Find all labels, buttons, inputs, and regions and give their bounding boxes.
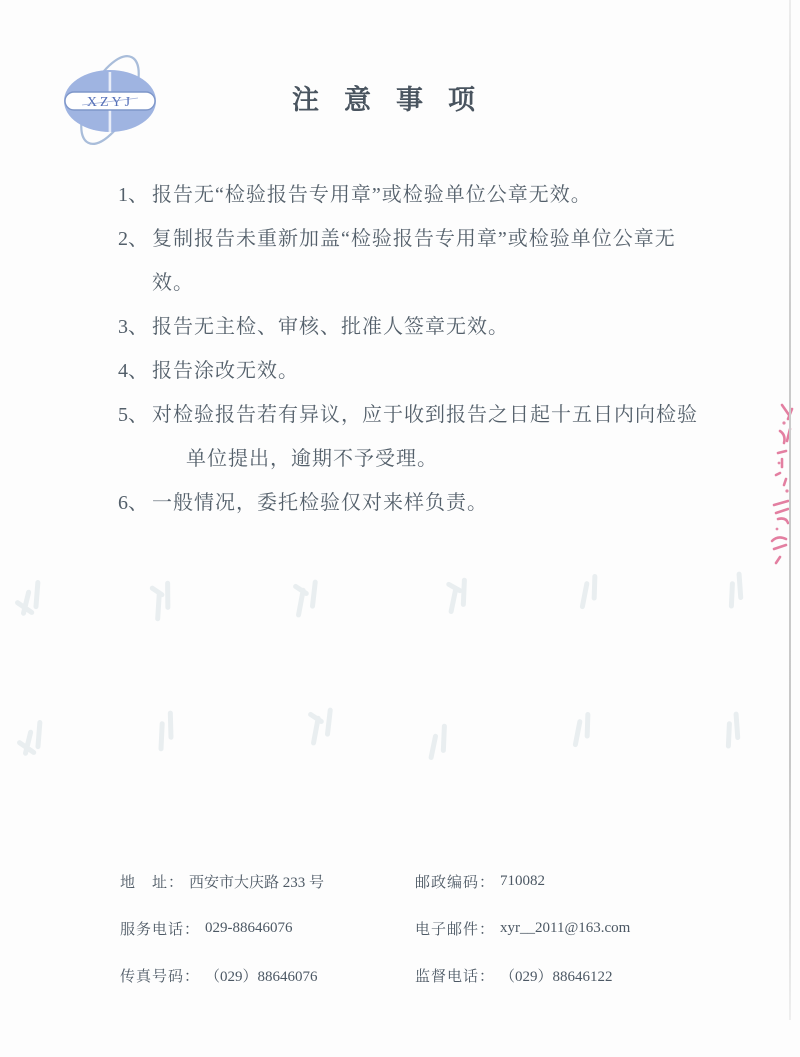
watermark-mark [422,726,453,757]
notice-item-5: 5、 对检验报告若有异议，应于收到报告之日起十五日内向检验 [118,390,704,434]
footer-right-column: 邮政编码： 710082 电子邮件： xyr__2011@163.com 监督电… [415,858,735,999]
notice-item-text: 一般情况，委托检验仅对来样负责。 [152,486,488,515]
footer-email: 电子邮件： xyr__2011@163.com [415,905,735,952]
watermark-mark [441,578,473,611]
notice-item-number: 6、 [118,486,152,515]
notice-item-text: 报告无主检、审核、批准人签章无效。 [152,310,509,339]
notice-item-number: 4、 [118,354,152,383]
footer-fax-number: 传真号码： （029）88646076 [120,952,410,999]
stamp-stroke [776,557,780,563]
footer-label: 服务电话： [120,918,200,939]
logo-text: XZYJ [87,95,133,110]
watermark-mark [15,722,48,755]
stamp-stroke [774,501,788,505]
page-edge-line [789,0,791,1020]
watermark-mark [574,576,603,606]
stamp-stroke [776,509,788,513]
notice-item-text: 单位提出，逾期不予受理。 [186,442,438,471]
watermark-mark [305,708,338,743]
notice-item-text: 对检验报告若有异议，应于收到报告之日起十五日内向检验 [152,398,698,427]
notice-item-number: 3、 [118,310,152,339]
notice-item-text: 报告涂改无效。 [152,354,299,383]
stamp-stroke [778,519,788,524]
notice-item-5-continuation: 单位提出，逾期不予受理。 [118,434,704,478]
footer-value: 029-88646076 [205,920,293,937]
footer-label: 监督电话： [415,965,495,986]
footer-value: 710082 [500,873,545,890]
watermark-mark [149,713,183,749]
notice-item-number: 2、 [118,222,152,251]
notice-item-4: 4、 报告涂改无效。 [118,346,704,390]
page-title: 注意事项 [292,78,500,117]
notice-item-1: 1、 报告无“检验报告专用章”或检验单位公章无效。 [118,170,704,214]
footer-label: 电子邮件： [415,918,495,939]
footer-service-phone: 服务电话： 029-88646076 [120,905,410,952]
stamp-stroke [778,451,786,453]
watermark-mark [145,581,179,618]
stamp-stroke [780,431,785,443]
xzyj-logo: XZYJ [58,48,164,152]
footer-value: （029）88646122 [500,965,613,986]
watermark-mark [567,714,596,744]
stamp-stroke [774,545,786,549]
notice-item-number: 1、 [118,178,152,207]
stamp-stroke [776,473,780,475]
footer-address: 地 址： 西安市大庆路 233 号 [120,858,410,905]
stamp-stroke [784,479,786,485]
footer-value: 西安市大庆路 233 号 [189,871,324,892]
watermark-mark [290,580,323,615]
footer-postal-code: 邮政编码： 710082 [415,858,735,905]
stamp-dot [776,528,779,531]
notice-item-text: 效。 [152,266,194,295]
watermark-mark [13,582,46,615]
stamp-stroke [772,537,786,541]
footer-value: xyr__2011@163.com [500,920,630,937]
footer-label: 传真号码： [120,965,200,986]
notice-item-6: 6、 一般情况，委托检验仅对来样负责。 [118,478,704,522]
notice-list: 1、 报告无“检验报告专用章”或检验单位公章无效。 2、 复制报告未重新加盖“检… [118,170,704,522]
watermark-mark [721,574,750,606]
footer-label: 地 址： [120,871,184,892]
footer-left-column: 地 址： 西安市大庆路 233 号 服务电话： 029-88646076 传真号… [120,858,410,999]
notice-item-3: 3、 报告无主检、审核、批准人签章无效。 [118,302,704,346]
stamp-dot [778,462,781,465]
footer-supervision-phone: 监督电话： （029）88646122 [415,952,735,999]
notice-item-2: 2、 复制报告未重新加盖“检验报告专用章”或检验单位公章无 [118,214,704,258]
footer-label: 邮政编码： [415,871,495,892]
notice-item-text: 报告无“检验报告专用章”或检验单位公章无效。 [152,178,592,207]
watermark-mark [718,714,747,746]
footer-value: （029）88646076 [205,965,318,986]
notice-item-text: 复制报告未重新加盖“检验报告专用章”或检验单位公章无 [152,222,676,251]
notice-item-number: 5、 [118,398,152,427]
stamp-stroke [782,405,789,415]
bleed-through-watermarks [0,548,800,793]
stamp-dot [782,421,785,424]
notice-item-2-continuation: 效。 [118,258,704,302]
